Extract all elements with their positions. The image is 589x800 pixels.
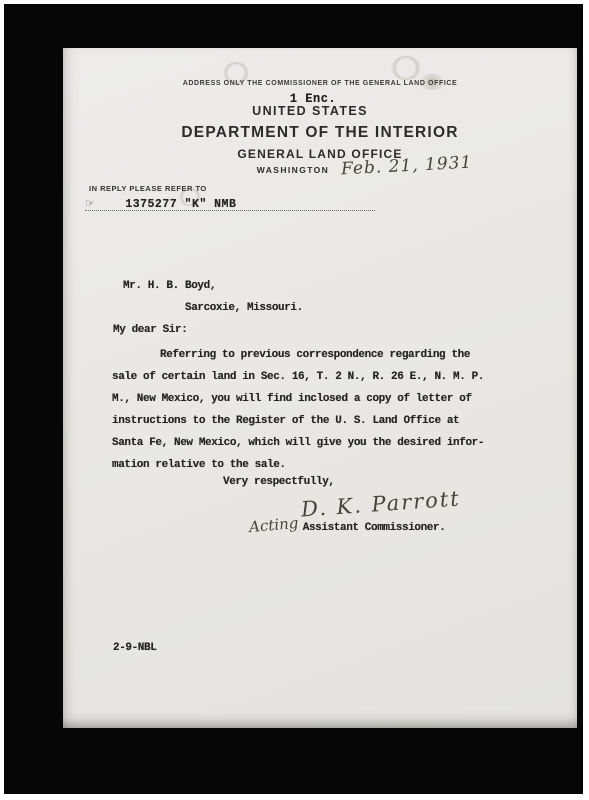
signature-title: Assistant Commissioner. [303,522,446,534]
body-line: sale of certain land in Sec. 16, T. 2 N.… [112,366,492,388]
closing: Very respectfully, [223,476,335,488]
refer-to-label: IN REPLY PLEASE REFER TO [89,184,207,193]
letterhead-general-land-office: GENERAL LAND OFFICE [63,147,577,161]
recipient-address: Sarcoxie, Missouri. [185,302,303,314]
letterhead-united-states: UNITED STATES [63,104,557,118]
letter-body: Referring to previous correspondence reg… [112,344,492,476]
pointing-hand-icon: ☞ [85,198,95,210]
salutation: My dear Sir: [113,324,187,336]
footer-file-code: 2-9-NBL [113,642,156,654]
recipient-name: Mr. H. B. Boyd, [123,280,216,292]
body-line: M., New Mexico, you will find inclosed a… [112,388,492,410]
screenshot-root: { "colors": { "paper": "#e9e8e4", "mat":… [0,0,589,800]
file-number-line: ☞ 1375277 "K" NMB [85,194,375,211]
scanned-letter-page: ADDRESS ONLY THE COMMISSIONER OF THE GEN… [63,48,577,728]
scanner-black-background: ADDRESS ONLY THE COMMISSIONER OF THE GEN… [4,4,583,794]
body-line: mation relative to the sale. [112,454,492,476]
signature-title-line: Acting Assistant Commissioner. [249,516,445,535]
body-line: Referring to previous correspondence reg… [112,344,492,366]
body-line: Santa Fe, New Mexico, which will give yo… [112,432,492,454]
letterhead-department: DEPARTMENT OF THE INTERIOR [63,124,577,142]
file-number: 1375277 "K" NMB [125,198,236,211]
body-line: instructions to the Register of the U. S… [112,410,492,432]
letterhead-address-instruction: ADDRESS ONLY THE COMMISSIONER OF THE GEN… [63,80,577,87]
scan-smudge [391,56,421,80]
handwritten-acting: Acting [248,514,299,536]
